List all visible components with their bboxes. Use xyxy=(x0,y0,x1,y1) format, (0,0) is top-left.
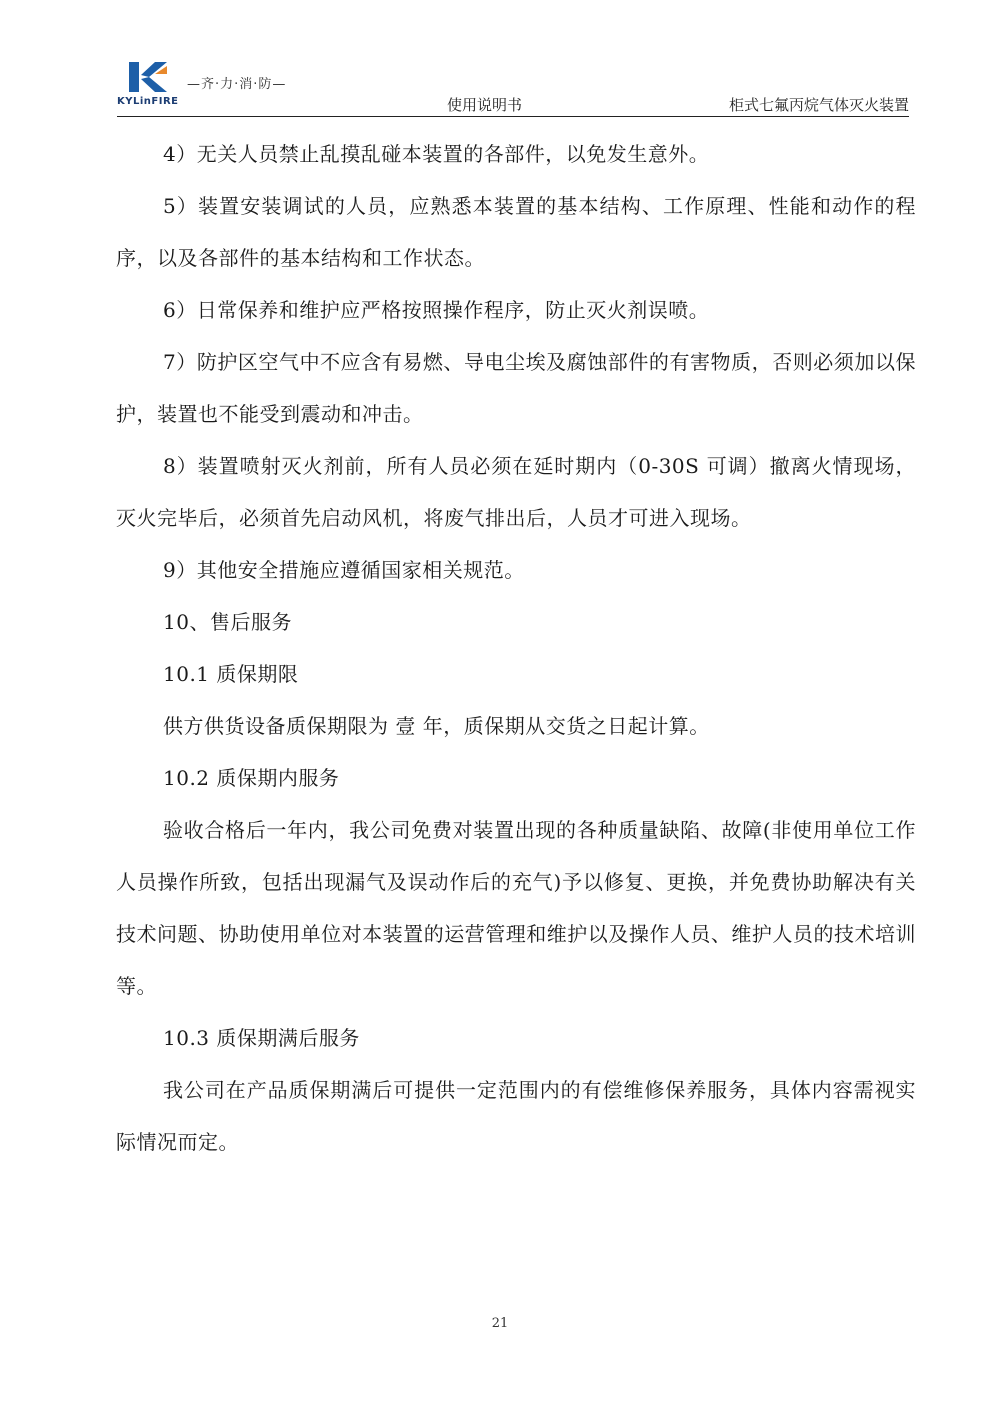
company-slogan: —齐·力·消·防— xyxy=(187,73,286,92)
product-name: 柜式七氟丙烷气体灭火装置 xyxy=(729,94,909,115)
paragraph-in-warranty: 验收合格后一年内，我公司免费对装置出现的各种质量缺陷、故障(非使用单位工作人员操… xyxy=(116,804,916,1012)
paragraph-post-warranty: 我公司在产品质保期满后可提供一定范围内的有偿维修保养服务，具体内容需视实际情况而… xyxy=(116,1064,916,1168)
paragraph-safety-9: 9）其他安全措施应遵循国家相关规范。 xyxy=(116,544,916,596)
header-divider xyxy=(117,116,909,117)
paragraph-safety-7: 7）防护区空气中不应含有易燃、导电尘埃及腐蚀部件的有害物质，否则必须加以保护，装… xyxy=(116,336,916,440)
paragraph-safety-8: 8）装置喷射灭火剂前，所有人员必须在延时期内（0-30S 可调）撤离火情现场，灭… xyxy=(116,440,916,544)
kylinfire-logo-icon xyxy=(129,62,169,92)
paragraph-safety-6: 6）日常保养和维护应严格按照操作程序，防止灭火剂误喷。 xyxy=(116,284,916,336)
paragraph-safety-4: 4）无关人员禁止乱摸乱碰本装置的各部件，以免发生意外。 xyxy=(116,128,916,180)
paragraph-warranty-period: 供方供货设备质保期限为 壹 年，质保期从交货之日起计算。 xyxy=(116,700,916,752)
document-type: 使用说明书 xyxy=(447,94,522,115)
subsection-heading-in-warranty: 10.2 质保期内服务 xyxy=(116,752,916,804)
paragraph-safety-5: 5）装置安装调试的人员，应熟悉本装置的基本结构、工作原理、性能和动作的程序，以及… xyxy=(116,180,916,284)
page-number: 21 xyxy=(0,1316,1000,1331)
section-heading-after-sales: 10、售后服务 xyxy=(116,596,916,648)
subsection-heading-warranty-period: 10.1 质保期限 xyxy=(116,648,916,700)
page-header: KYLinFIRE —齐·力·消·防— 使用说明书 柜式七氟丙烷气体灭火装置 xyxy=(117,58,909,118)
subsection-heading-post-warranty: 10.3 质保期满后服务 xyxy=(116,1012,916,1064)
logo-text: KYLinFIRE xyxy=(117,96,179,107)
document-body: 4）无关人员禁止乱摸乱碰本装置的各部件，以免发生意外。 5）装置安装调试的人员，… xyxy=(116,128,916,1168)
